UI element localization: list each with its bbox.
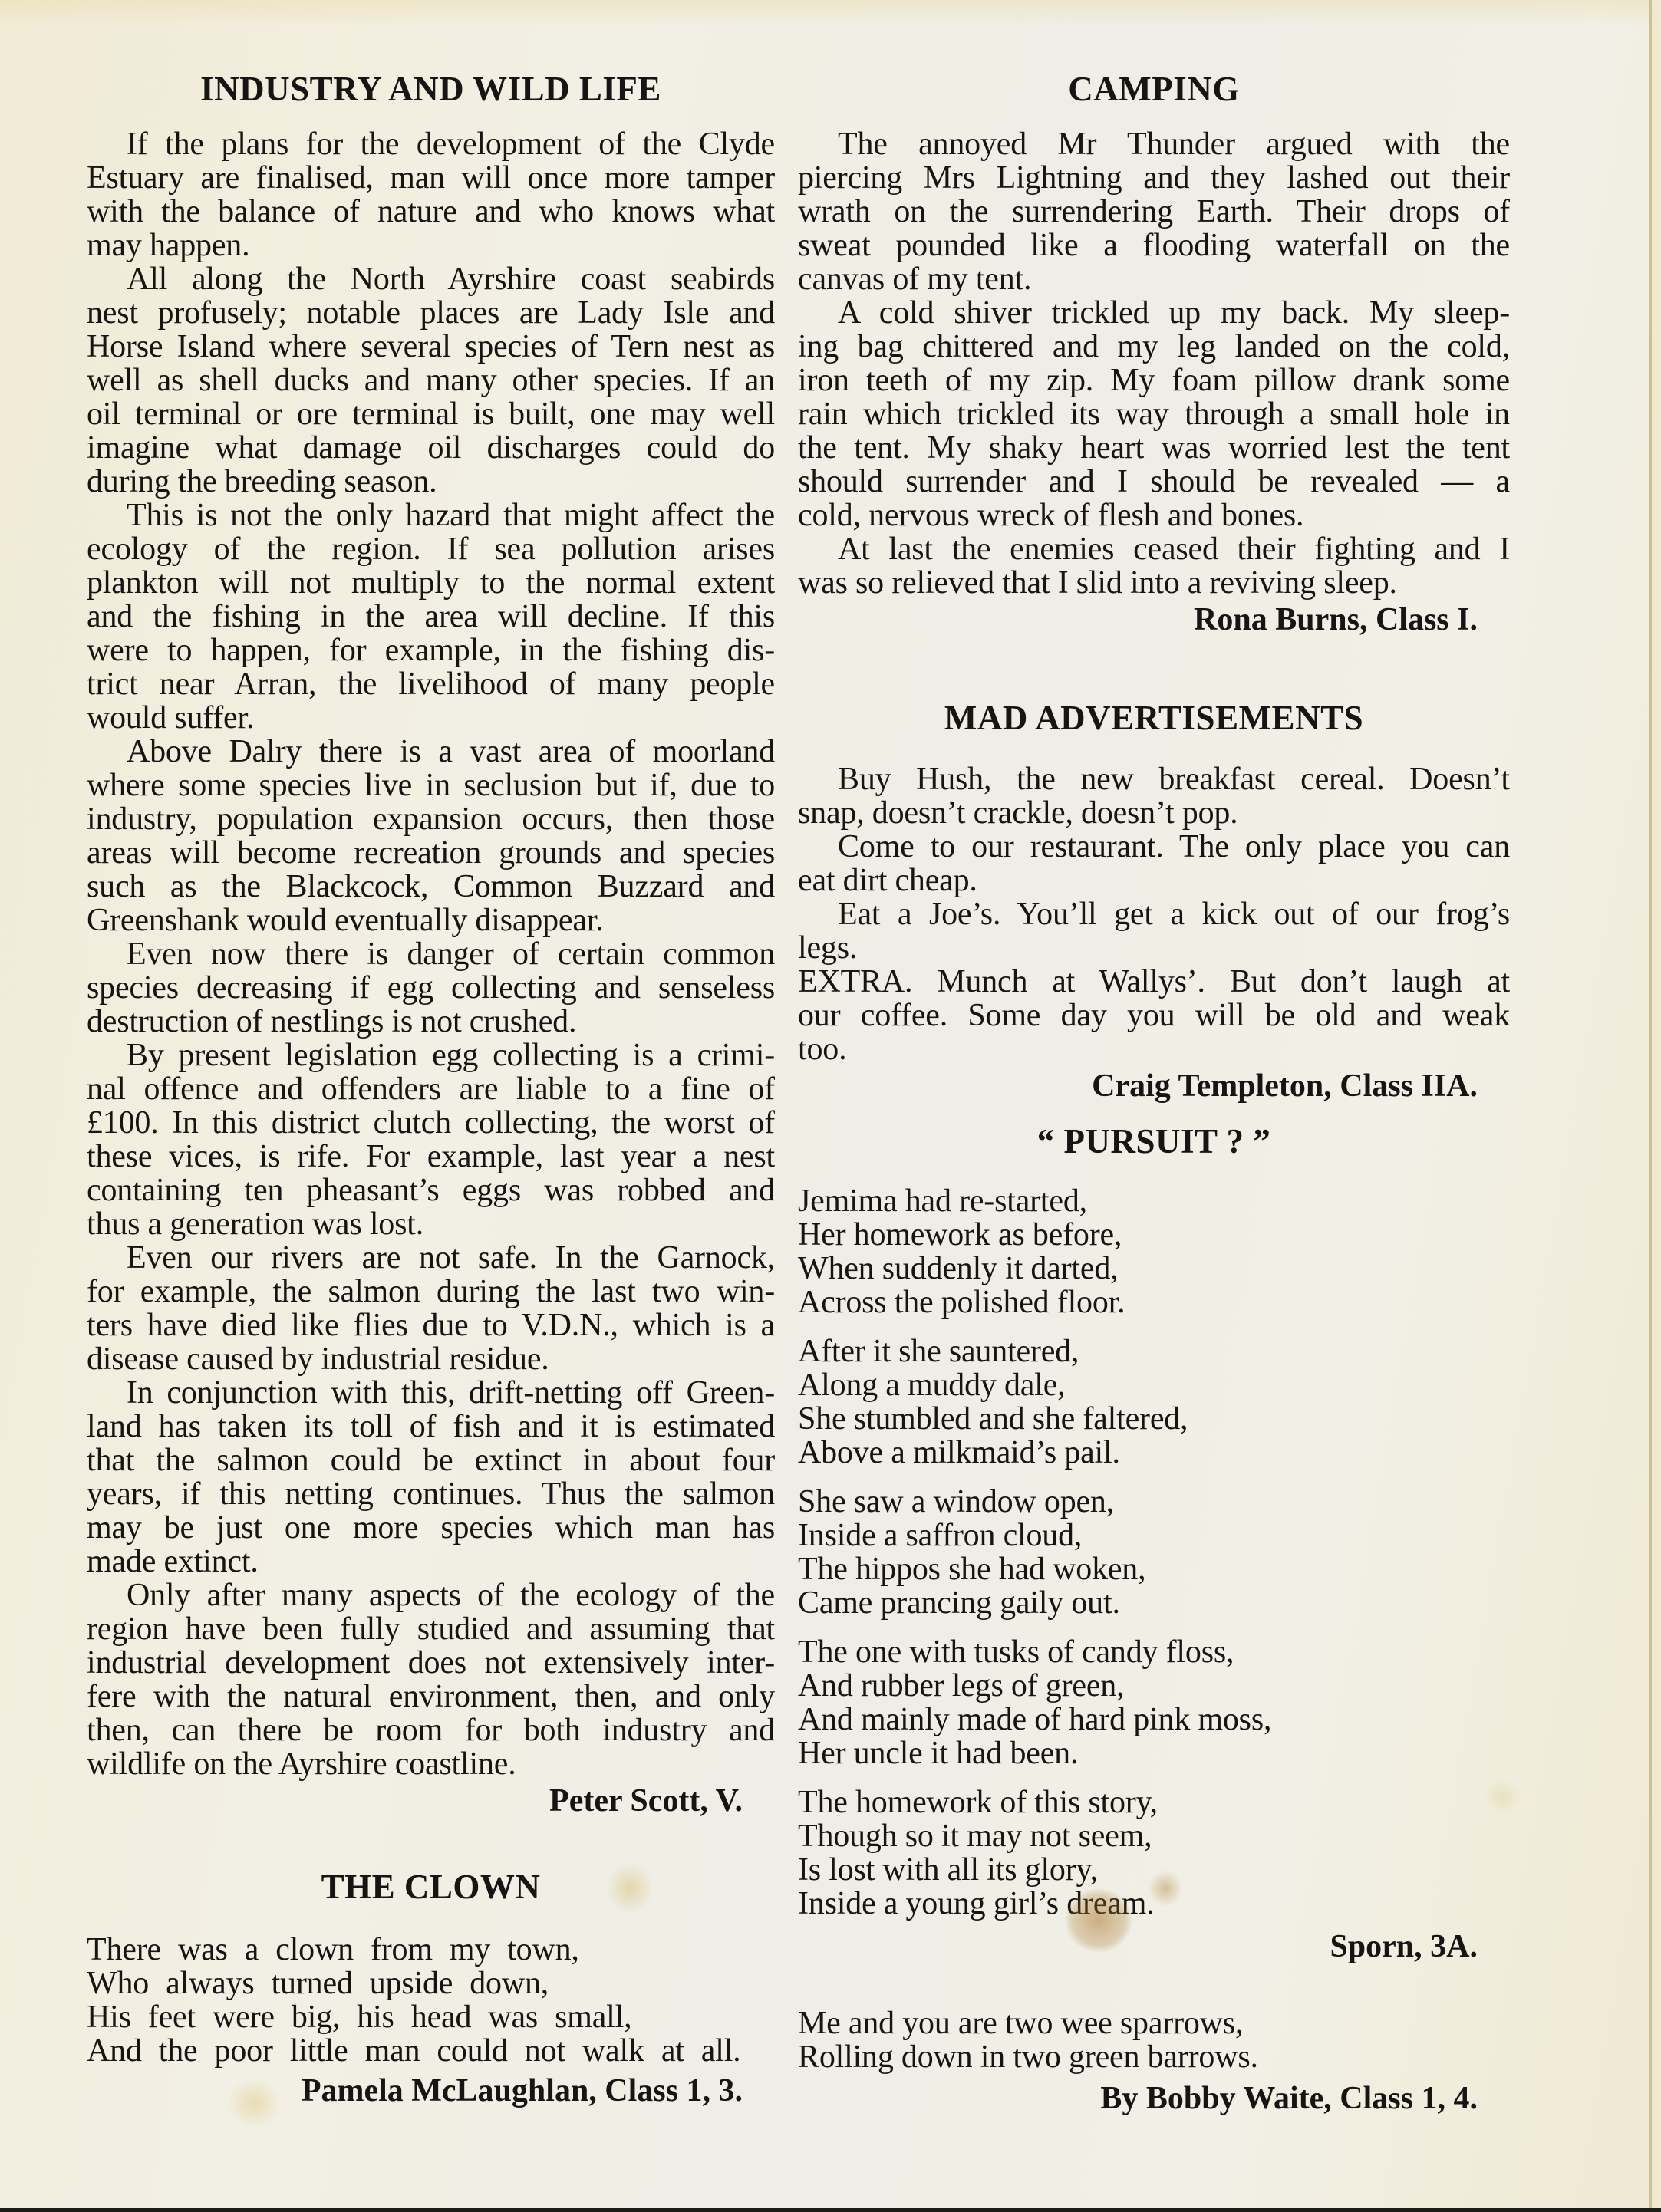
right-column: CAMPING The annoyed Mr Thunder argued wi… <box>798 71 1510 2115</box>
text-line: The hippos she had woken, <box>798 1552 1510 1586</box>
article-paragraph: EXTRA. Munch at Wallys’. But don’t laugh… <box>798 965 1510 1066</box>
magazine-page: INDUSTRY AND WILD LIFE If the plans for … <box>0 0 1661 2212</box>
text-line: land has taken its toll of fish and it i… <box>87 1410 775 1443</box>
poem-stanza: She saw a window open,Inside a saffron c… <box>798 1485 1510 1620</box>
article-paragraph: Even our rivers are not safe. In the Gar… <box>87 1241 775 1376</box>
text-line: Jemima had re-started, <box>798 1184 1510 1218</box>
text-line: ters have died like flies due to V.D.N.,… <box>87 1308 775 1342</box>
poem-stanza: Jemima had re-started,Her homework as be… <box>798 1184 1510 1319</box>
text-line: Inside a saffron cloud, <box>798 1519 1510 1552</box>
article-paragraph: By present legislation egg collecting is… <box>87 1039 775 1241</box>
text-line: EXTRA. Munch at Wallys’. But don’t laugh… <box>798 965 1510 999</box>
text-line: industry, population expansion occurs, t… <box>87 802 775 836</box>
page-bottom-edge <box>0 2208 1661 2212</box>
text-line: industrial development does not extensiv… <box>87 1646 775 1680</box>
text-line: made extinct. <box>87 1545 775 1578</box>
text-line: nal offence and offenders are liable to … <box>87 1072 775 1106</box>
text-line: And mainly made of hard pink moss, <box>798 1703 1510 1736</box>
article-paragraph: If the plans for the development of the … <box>87 127 775 262</box>
text-line: wrath on the surrendering Earth. Their d… <box>798 195 1510 229</box>
text-line: ing bag chittered and my leg landed on t… <box>798 330 1510 364</box>
text-line: She stumbled and she faltered, <box>798 1402 1510 1436</box>
article-paragraph: At last the enemies ceased their fightin… <box>798 532 1510 600</box>
text-line: And the poor little man could not walk a… <box>87 2034 775 2068</box>
text-line: disease caused by industrial residue. <box>87 1342 775 1376</box>
text-line: Her uncle it had been. <box>798 1736 1510 1770</box>
text-line: Buy Hush, the new breakfast cereal. Does… <box>798 762 1510 796</box>
text-line: iron teeth of my zip. My foam pillow dra… <box>798 364 1510 397</box>
left-column: INDUSTRY AND WILD LIFE If the plans for … <box>87 71 775 2108</box>
text-line: plankton will not multiply to the normal… <box>87 566 775 600</box>
text-line: Above Dalry there is a vast area of moor… <box>87 735 775 769</box>
text-line: thus a generation was lost. <box>87 1207 775 1241</box>
text-line: years, if this netting continues. Thus t… <box>87 1477 775 1511</box>
clown-poem: There was a clown from my town,Who alway… <box>87 1933 775 2068</box>
text-line: Along a muddy dale, <box>798 1368 1510 1402</box>
article-paragraph: All along the North Ayrshire coast seabi… <box>87 262 775 499</box>
text-line: with the balance of nature and who knows… <box>87 195 775 229</box>
article-paragraph: Only after many aspects of the ecology o… <box>87 1578 775 1781</box>
text-line: these vices, is rife. For example, last … <box>87 1140 775 1173</box>
text-line: Come to our restaurant. The only place y… <box>798 830 1510 864</box>
poem-stanza: After it she sauntered,Along a muddy dal… <box>798 1335 1510 1470</box>
poem-byline-sporn: Sporn, 3A. <box>798 1930 1510 1963</box>
text-line: were to happen, for example, in the fish… <box>87 634 775 667</box>
text-line: should surrender and I should be reveale… <box>798 465 1510 499</box>
article-paragraph: Buy Hush, the new breakfast cereal. Does… <box>798 762 1510 830</box>
page-right-edge <box>1652 0 1661 2212</box>
paper-top-shading <box>0 0 1661 26</box>
text-line: Rolling down in two green barrows. <box>798 2040 1510 2074</box>
pursuit-poem: Jemima had re-started,Her homework as be… <box>798 1184 1510 1921</box>
text-line: our coffee. Some day you will be old and… <box>798 999 1510 1032</box>
poem-stanza: The one with tusks of candy floss,And ru… <box>798 1635 1510 1770</box>
text-line: Estuary are finalised, man will once mor… <box>87 161 775 195</box>
camping-article-body: The annoyed Mr Thunder argued with thepi… <box>798 127 1510 600</box>
text-line: In conjunction with this, drift-netting … <box>87 1376 775 1410</box>
industry-article-body: If the plans for the development of the … <box>87 127 775 1781</box>
text-line: the tent. My shaky heart was worried les… <box>798 431 1510 465</box>
text-line: A cold shiver trickled up my back. My sl… <box>798 296 1510 330</box>
text-line: imagine what damage oil discharges could… <box>87 431 775 465</box>
text-line: The annoyed Mr Thunder argued with the <box>798 127 1510 161</box>
article-paragraph: Above Dalry there is a vast area of moor… <box>87 735 775 937</box>
text-line: legs. <box>798 931 1510 965</box>
text-line: wildlife on the Ayrshire coastline. <box>87 1747 775 1781</box>
text-line: oil terminal or ore terminal is built, o… <box>87 397 775 431</box>
text-line: After it she sauntered, <box>798 1335 1510 1368</box>
text-line: snap, doesn’t crackle, doesn’t pop. <box>798 796 1510 830</box>
text-line: His feet were big, his head was small, <box>87 2000 775 2034</box>
text-line: Came prancing gaily out. <box>798 1586 1510 1620</box>
text-line: She saw a window open, <box>798 1485 1510 1519</box>
text-line: Her homework as before, <box>798 1218 1510 1252</box>
text-line: and the fishing in the area will decline… <box>87 600 775 634</box>
text-line: may happen. <box>87 229 775 262</box>
text-line: Horse Island where several species of Te… <box>87 330 775 364</box>
text-line: such as the Blackcock, Common Buzzard an… <box>87 870 775 904</box>
article-paragraph: Eat a Joe’s. You’ll get a kick out of ou… <box>798 897 1510 965</box>
article-paragraph: A cold shiver trickled up my back. My sl… <box>798 296 1510 532</box>
text-line: species decreasing if egg collecting and… <box>87 971 775 1005</box>
poem-byline-pamela-mclaughlan: Pamela McLaughlan, Class 1, 3. <box>87 2074 775 2108</box>
text-line: £100. In this district clutch collecting… <box>87 1106 775 1140</box>
article-title-camping: CAMPING <box>798 71 1510 107</box>
text-line: would suffer. <box>87 701 775 735</box>
ads-article-body: Buy Hush, the new breakfast cereal. Does… <box>798 762 1510 1066</box>
text-line: Above a milkmaid’s pail. <box>798 1436 1510 1470</box>
text-line: By present legislation egg collecting is… <box>87 1039 775 1072</box>
text-line: Only after many aspects of the ecology o… <box>87 1578 775 1612</box>
poem-title-the-clown: THE CLOWN <box>87 1868 775 1905</box>
article-paragraph: Even now there is danger of certain comm… <box>87 937 775 1039</box>
text-line: The one with tusks of candy floss, <box>798 1635 1510 1669</box>
text-line: may be just one more species which man h… <box>87 1511 775 1545</box>
text-line: containing ten pheasant’s eggs was robbe… <box>87 1173 775 1207</box>
article-title-mad-advertisements: MAD ADVERTISEMENTS <box>798 699 1510 736</box>
text-line: Across the polished floor. <box>798 1285 1510 1319</box>
poem-title-pursuit: “ PURSUIT ? ” <box>798 1123 1510 1160</box>
text-line: At last the enemies ceased their fightin… <box>798 532 1510 566</box>
text-line: Even our rivers are not safe. In the Gar… <box>87 1241 775 1275</box>
text-line: fere with the natural environment, then,… <box>87 1680 775 1713</box>
text-line: during the breeding season. <box>87 465 775 499</box>
text-line: rain which trickled its way through a sm… <box>798 397 1510 431</box>
article-byline-peter-scott: Peter Scott, V. <box>87 1784 775 1818</box>
couplet-byline-bobby-waite: By Bobby Waite, Class 1, 4. <box>798 2082 1510 2115</box>
article-byline-rona-burns: Rona Burns, Class I. <box>798 603 1510 637</box>
text-line: then, can there be room for both industr… <box>87 1713 775 1747</box>
text-line: sweat pounded like a flooding waterfall … <box>798 229 1510 262</box>
poem-stanza: The homework of this story,Though so it … <box>798 1786 1510 1921</box>
text-line: All along the North Ayrshire coast seabi… <box>87 262 775 296</box>
text-line: Though so it may not seem, <box>798 1819 1510 1853</box>
text-line: canvas of my tent. <box>798 262 1510 296</box>
text-line: Greenshank would eventually disappear. <box>87 904 775 937</box>
text-line: The homework of this story, <box>798 1786 1510 1819</box>
text-line: areas will become recreation grounds and… <box>87 836 775 870</box>
text-line: for example, the salmon during the last … <box>87 1275 775 1308</box>
text-line: Inside a young girl’s dream. <box>798 1887 1510 1921</box>
text-line: If the plans for the development of the … <box>87 127 775 161</box>
text-line: Is lost with all its glory, <box>798 1853 1510 1887</box>
text-line: trict near Arran, the livelihood of many… <box>87 667 775 701</box>
text-line: When suddenly it darted, <box>798 1252 1510 1285</box>
text-line: where some species live in seclusion but… <box>87 769 775 802</box>
text-line: destruction of nestlings is not crushed. <box>87 1005 775 1039</box>
text-line: region have been fully studied and assum… <box>87 1612 775 1646</box>
article-paragraph: In conjunction with this, drift-netting … <box>87 1376 775 1578</box>
article-paragraph: Come to our restaurant. The only place y… <box>798 830 1510 897</box>
text-line: nest profusely; notable places are Lady … <box>87 296 775 330</box>
text-line: too. <box>798 1032 1510 1066</box>
text-line: ecology of the region. If sea pollution … <box>87 532 775 566</box>
text-line: cold, nervous wreck of flesh and bones. <box>798 499 1510 532</box>
text-line: was so relieved that I slid into a reviv… <box>798 566 1510 600</box>
text-line: Me and you are two wee sparrows, <box>798 2006 1510 2040</box>
text-line: eat dirt cheap. <box>798 864 1510 897</box>
article-title-industry: INDUSTRY AND WILD LIFE <box>87 71 775 107</box>
sparrows-couplet: Me and you are two wee sparrows,Rolling … <box>798 2006 1510 2074</box>
text-line: There was a clown from my town, <box>87 1933 775 1967</box>
text-line: This is not the only hazard that might a… <box>87 499 775 532</box>
article-paragraph: This is not the only hazard that might a… <box>87 499 775 735</box>
text-line: well as shell ducks and many other speci… <box>87 364 775 397</box>
text-line: Who always turned upside down, <box>87 1967 775 2000</box>
article-byline-craig-templeton: Craig Templeton, Class IIA. <box>798 1069 1510 1103</box>
text-line: Eat a Joe’s. You’ll get a kick out of ou… <box>798 897 1510 931</box>
text-line: piercing Mrs Lightning and they lashed o… <box>798 161 1510 195</box>
article-paragraph: The annoyed Mr Thunder argued with thepi… <box>798 127 1510 296</box>
text-line: Even now there is danger of certain comm… <box>87 937 775 971</box>
text-line: And rubber legs of green, <box>798 1669 1510 1703</box>
text-line: that the salmon could be extinct in abou… <box>87 1443 775 1477</box>
